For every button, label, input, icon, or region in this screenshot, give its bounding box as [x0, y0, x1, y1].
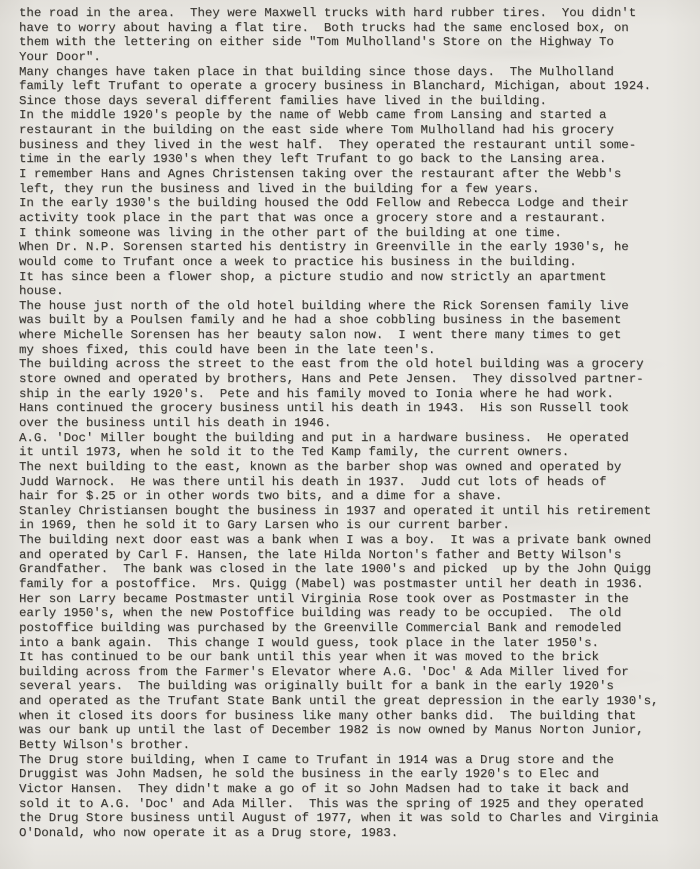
text-line: Stanley Christiansen bought the business… — [19, 504, 658, 519]
text-line: restaurant in the building on the east s… — [19, 123, 658, 138]
text-line: Victor Hansen. They didn't make a go of … — [19, 782, 658, 797]
text-line: store owned and operated by brothers, Ha… — [19, 372, 658, 387]
text-line: was built by a Poulsen family and he had… — [19, 313, 658, 328]
text-line: The next building to the east, known as … — [19, 460, 658, 475]
text-line: Druggist was John Madsen, he sold the bu… — [19, 767, 658, 782]
text-line: left, they run the business and lived in… — [19, 182, 658, 197]
text-line: In the middle 1920's people by the name … — [19, 108, 658, 123]
text-line: the road in the area. They were Maxwell … — [19, 6, 658, 21]
text-line: house. — [19, 284, 658, 299]
text-line: sold it to A.G. 'Doc' and Ada Miller. Th… — [19, 797, 658, 812]
text-line: A.G. 'Doc' Miller bought the building an… — [19, 431, 658, 446]
text-line: them with the lettering on either side "… — [19, 35, 658, 50]
text-line: the Drug Store business until August of … — [19, 811, 658, 826]
text-line: and operated by Carl F. Hansen, the late… — [19, 548, 658, 563]
text-line: my shoes fixed, this could have been in … — [19, 343, 658, 358]
text-line: building across from the Farmer's Elevat… — [19, 665, 658, 680]
text-line: ship in the early 1920's. Pete and his f… — [19, 387, 658, 402]
text-line: was our bank up until the last of Decemb… — [19, 723, 658, 738]
text-line: It has continued to be our bank until th… — [19, 650, 658, 665]
text-line: The house just north of the old hotel bu… — [19, 299, 658, 314]
text-line: It has since been a flower shop, a pictu… — [19, 270, 658, 285]
text-line: into a bank again. This change I would g… — [19, 636, 658, 651]
text-line: The building next door east was a bank w… — [19, 533, 658, 548]
text-line: where Michelle Sorensen has her beauty s… — [19, 328, 658, 343]
text-line: it until 1973, when he sold it to the Te… — [19, 445, 658, 460]
text-line: Many changes have taken place in that bu… — [19, 65, 658, 80]
typewritten-text-block: the road in the area. They were Maxwell … — [19, 6, 658, 841]
text-line: Since those days several different famil… — [19, 94, 658, 109]
text-line: I think someone was living in the other … — [19, 226, 658, 241]
text-line: Her son Larry became Postmaster until Vi… — [19, 592, 658, 607]
text-line: over the business until his death in 194… — [19, 416, 658, 431]
text-line: in 1969, then he sold it to Gary Larsen … — [19, 518, 658, 533]
scanned-document-page: the road in the area. They were Maxwell … — [0, 0, 700, 869]
text-line: early 1950's, when the new Postoffice bu… — [19, 606, 658, 621]
text-line: In the early 1930's the building housed … — [19, 196, 658, 211]
text-line: business and they lived in the west half… — [19, 138, 658, 153]
text-line: Your Door". — [19, 50, 658, 65]
text-line: when it closed its doors for business li… — [19, 709, 658, 724]
text-line: family for a postoffice. Mrs. Quigg (Mab… — [19, 577, 658, 592]
text-line: family left Trufant to operate a grocery… — [19, 79, 658, 94]
text-line: and operated as the Trufant State Bank u… — [19, 694, 658, 709]
text-line: Hans continued the grocery business unti… — [19, 401, 658, 416]
text-line: Grandfather. The bank was closed in the … — [19, 562, 658, 577]
text-line: activity took place in the part that was… — [19, 211, 658, 226]
text-line: would come to Trufant once a week to pra… — [19, 255, 658, 270]
text-line: I remember Hans and Agnes Christensen ta… — [19, 167, 658, 182]
text-line: The Drug store building, when I came to … — [19, 753, 658, 768]
text-line: have to worry about having a flat tire. … — [19, 21, 658, 36]
text-line: O'Donald, who now operate it as a Drug s… — [19, 826, 658, 841]
text-line: Judd Warnock. He was there until his dea… — [19, 475, 658, 490]
text-line: hair for $.25 or in other words two bits… — [19, 489, 658, 504]
text-line: postoffice building was purchased by the… — [19, 621, 658, 636]
text-line: Betty Wilson's brother. — [19, 738, 658, 753]
text-line: When Dr. N.P. Sorensen started his denti… — [19, 240, 658, 255]
text-line: The building across the street to the ea… — [19, 357, 658, 372]
text-line: time in the early 1930's when they left … — [19, 152, 658, 167]
text-line: several years. The building was original… — [19, 679, 658, 694]
